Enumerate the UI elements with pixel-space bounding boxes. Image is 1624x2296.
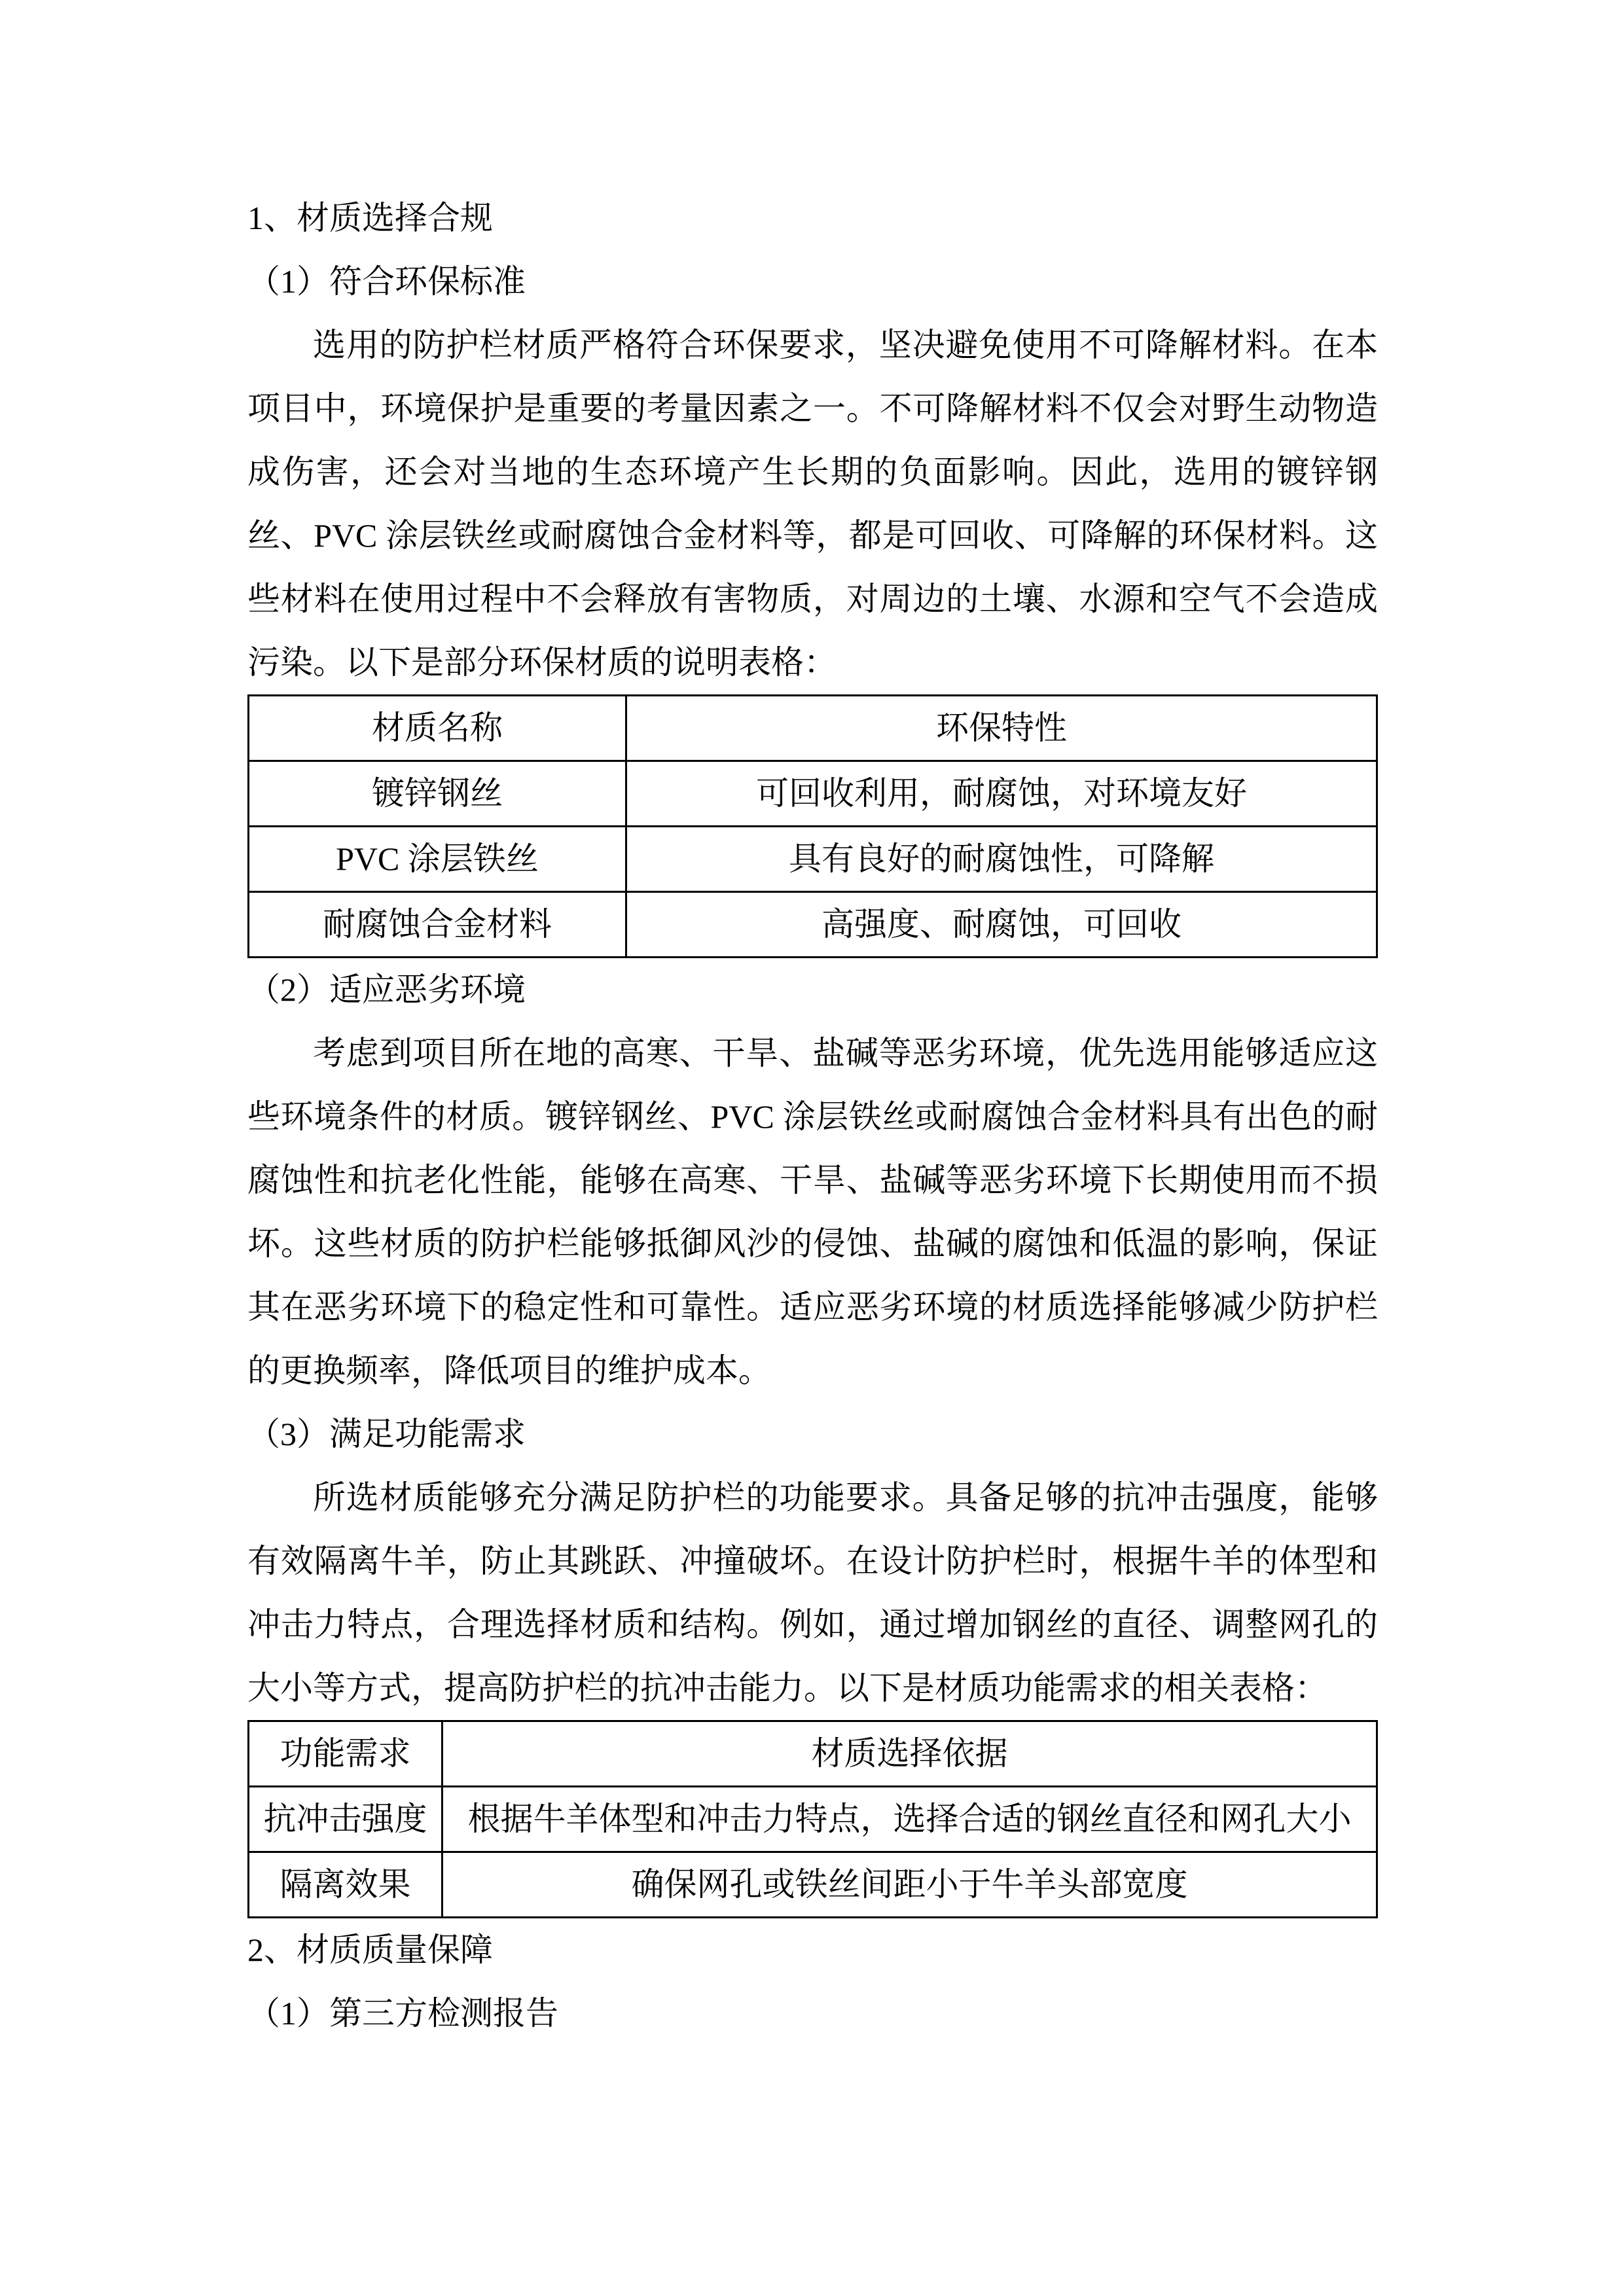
para-harsh-environment: 考虑到项目所在地的高寒、干旱、盐碱等恶劣环境，优先选用能够适应这些环境条件的材质…	[247, 1022, 1378, 1403]
table-row: 抗冲击强度 根据牛羊体型和冲击力特点，选择合适的钢丝直径和网孔大小	[249, 1787, 1377, 1852]
table-cell: 耐腐蚀合金材料	[249, 892, 626, 958]
para-eco-compliance: 选用的防护栏材质严格符合环保要求，坚决避免使用不可降解材料。在本项目中，环境保护…	[247, 314, 1378, 694]
table-cell: PVC 涂层铁丝	[249, 827, 626, 892]
table-cell: 镀锌钢丝	[249, 761, 626, 827]
para-functional-needs: 所选材质能够充分满足防护栏的功能要求。具备足够的抗冲击强度，能够有效隔离牛羊，防…	[247, 1466, 1378, 1720]
table-row: 镀锌钢丝 可回收利用，耐腐蚀，对环境友好	[249, 761, 1377, 827]
table-header-cell: 材质名称	[249, 696, 626, 761]
table-row: 耐腐蚀合金材料 高强度、耐腐蚀，可回收	[249, 892, 1377, 958]
table-row: PVC 涂层铁丝 具有良好的耐腐蚀性，可降解	[249, 827, 1377, 892]
table-cell: 抗冲击强度	[249, 1787, 442, 1852]
table-cell: 可回收利用，耐腐蚀，对环境友好	[626, 761, 1377, 827]
table-header-cell: 材质选择依据	[442, 1721, 1377, 1787]
table-cell: 高强度、耐腐蚀，可回收	[626, 892, 1377, 958]
section-2-heading: 2、材质质量保障	[247, 1918, 1378, 1982]
table-cell: 根据牛羊体型和冲击力特点，选择合适的钢丝直径和网孔大小	[442, 1787, 1377, 1852]
table-header-cell: 功能需求	[249, 1721, 442, 1787]
eco-materials-table: 材质名称 环保特性 镀锌钢丝 可回收利用，耐腐蚀，对环境友好 PVC 涂层铁丝 …	[247, 694, 1378, 958]
document-content: 1、材质选择合规 （1）符合环保标准 选用的防护栏材质严格符合环保要求，坚决避免…	[247, 187, 1378, 2045]
section-1-heading: 1、材质选择合规	[247, 187, 1378, 250]
clause-1-1-heading: （1）符合环保标准	[247, 250, 1378, 314]
clause-1-3-heading: （3）满足功能需求	[247, 1403, 1378, 1466]
table-header-row: 材质名称 环保特性	[249, 696, 1377, 761]
table-row: 隔离效果 确保网孔或铁丝间距小于牛羊头部宽度	[249, 1852, 1377, 1918]
clause-1-2-heading: （2）适应恶劣环境	[247, 958, 1378, 1022]
clause-2-1-heading: （1）第三方检测报告	[247, 1982, 1378, 2045]
functional-needs-table: 功能需求 材质选择依据 抗冲击强度 根据牛羊体型和冲击力特点，选择合适的钢丝直径…	[247, 1720, 1378, 1918]
document-page: 1、材质选择合规 （1）符合环保标准 选用的防护栏材质严格符合环保要求，坚决避免…	[0, 0, 1624, 2296]
table-cell: 确保网孔或铁丝间距小于牛羊头部宽度	[442, 1852, 1377, 1918]
table-cell: 具有良好的耐腐蚀性，可降解	[626, 827, 1377, 892]
table-header-cell: 环保特性	[626, 696, 1377, 761]
table-cell: 隔离效果	[249, 1852, 442, 1918]
table-header-row: 功能需求 材质选择依据	[249, 1721, 1377, 1787]
